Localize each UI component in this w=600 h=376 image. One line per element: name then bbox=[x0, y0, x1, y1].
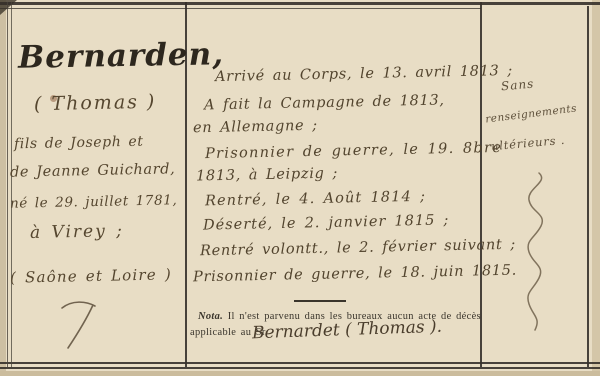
register-page-scan: Bernarden, ( Thomas ) fils de Joseph et … bbox=[0, 0, 600, 376]
nota-label: Nota. bbox=[198, 311, 223, 322]
note-line: Sans bbox=[500, 77, 534, 94]
service-record-column: Arrivé au Corps, le 13. avril 1813 ; A f… bbox=[186, 0, 480, 376]
service-line: Rentré volontt., le 2. février suivant ; bbox=[200, 237, 516, 260]
name-column: Bernarden, ( Thomas ) fils de Joseph et … bbox=[8, 0, 185, 376]
note-line: ultérieurs . bbox=[491, 133, 566, 153]
service-line: Rentré, le 4. Août 1814 ; bbox=[205, 189, 426, 210]
service-line: Déserté, le 2. janvier 1815 ; bbox=[203, 212, 450, 233]
filiation-line: de Jeanne Guichard, bbox=[10, 161, 176, 180]
service-line: Arrivé au Corps, le 13. avril 1813 ; bbox=[215, 63, 513, 85]
birth-place-line: à Virey ; bbox=[30, 221, 124, 243]
page-edge-right bbox=[592, 0, 600, 376]
table-rule-right-edge bbox=[587, 6, 589, 367]
service-line: 1813, à Leipzig ; bbox=[196, 166, 338, 185]
page-edge-left bbox=[0, 0, 6, 376]
departement-line: ( Saône et Loire ) bbox=[10, 265, 172, 286]
pen-flourish-mark bbox=[58, 298, 100, 350]
service-line: A fait la Campagne de 1813, bbox=[204, 92, 445, 113]
birth-date-line: né le 29. juillet 1781, bbox=[10, 192, 178, 212]
given-name-handwritten: ( Thomas ) bbox=[34, 91, 157, 116]
filiation-line: fils de Joseph et bbox=[14, 134, 144, 153]
separator-rule bbox=[294, 300, 346, 302]
notes-column: Sans renseignements ultérieurs . bbox=[481, 0, 587, 376]
service-line: Prisonnier de guerre, le 19. 8bre bbox=[205, 140, 502, 162]
service-line: en Allemagne ; bbox=[193, 118, 318, 137]
vertical-squiggle-flourish bbox=[513, 170, 553, 335]
note-line: renseignements bbox=[485, 102, 578, 125]
service-line: Prisonnier de guerre, le 18. juin 1815. bbox=[193, 263, 517, 286]
